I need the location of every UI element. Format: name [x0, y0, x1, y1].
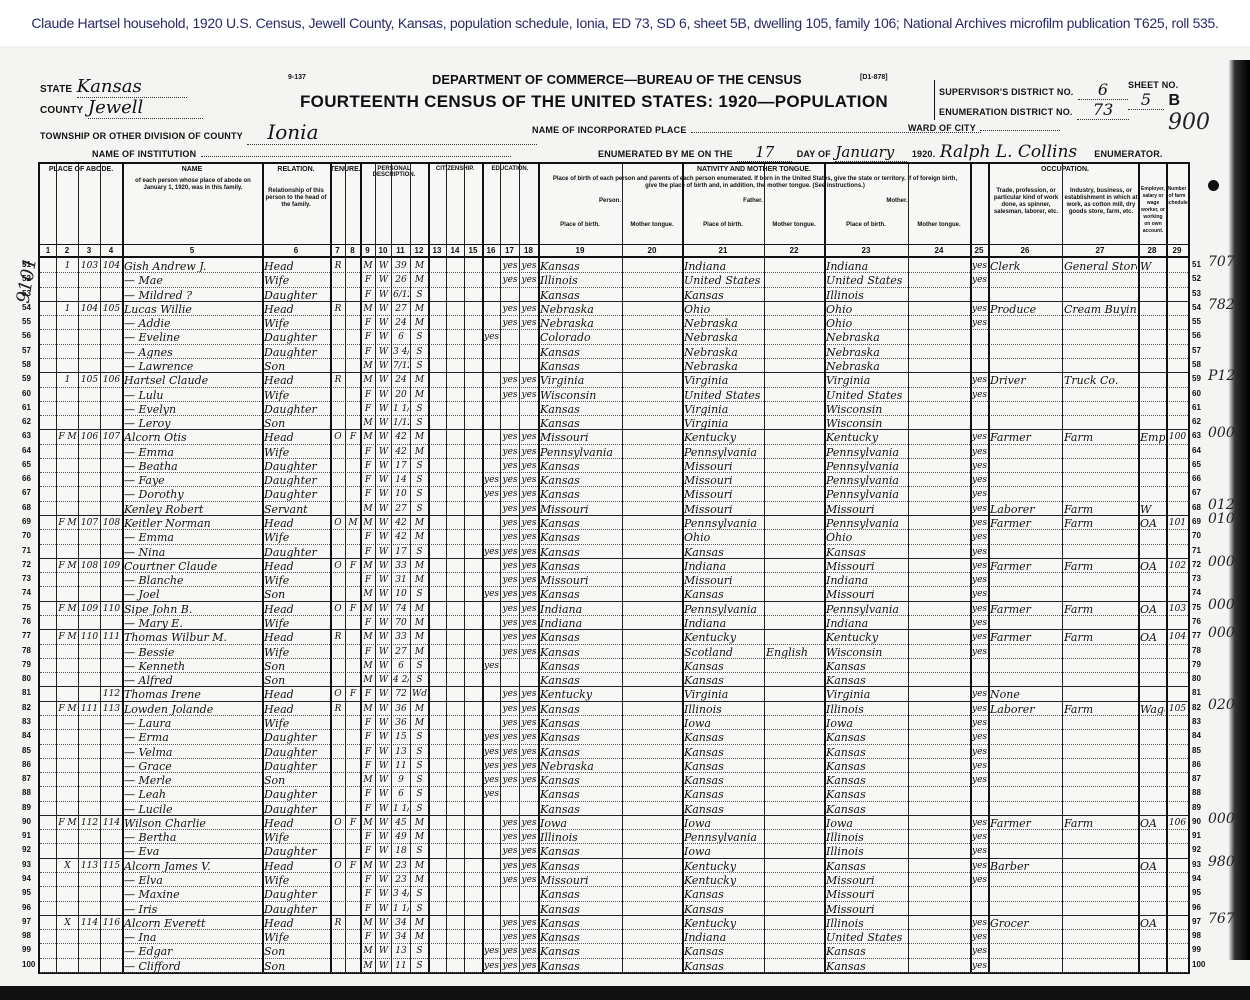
- table-row: — EvelineDaughterFW6SyesColoradoNebraska…: [40, 329, 1188, 344]
- cell-mortgage: F: [347, 601, 359, 615]
- cell-marital: M: [412, 601, 427, 615]
- cell-english: yes: [972, 387, 987, 401]
- cell-industry: Farm: [1064, 515, 1137, 529]
- cell-age: 10: [393, 486, 409, 500]
- cell-sex: M: [362, 372, 374, 386]
- cell-relation: Head: [264, 515, 329, 529]
- cell-dwelling: 108: [80, 558, 99, 572]
- cell-age: 11: [393, 958, 409, 972]
- cell-race: W: [377, 344, 390, 358]
- cell-abode: 1: [58, 301, 77, 315]
- cell-abode: X: [58, 858, 77, 872]
- cell-age: 6/12: [393, 287, 409, 301]
- cell-dwelling: 114: [80, 915, 99, 929]
- cell-marital: S: [412, 401, 427, 415]
- cell-name: — Bertha: [124, 829, 261, 843]
- cell-read: yes: [502, 501, 518, 515]
- cell-name: — Alfred: [124, 672, 261, 686]
- cell-marital: S: [412, 958, 427, 972]
- cell-english: yes: [972, 501, 987, 515]
- cell-english: yes: [972, 943, 987, 957]
- cell-english: yes: [972, 515, 987, 529]
- cell-sex: F: [362, 829, 374, 843]
- cell-write: yes: [521, 744, 537, 758]
- cell-pob: Kansas: [540, 943, 621, 957]
- line-number: 63: [1192, 431, 1201, 440]
- cell-marital: M: [412, 815, 427, 829]
- line-number: 91: [22, 831, 31, 840]
- cell-industry: Farm: [1064, 429, 1137, 443]
- cell-tenure: R: [332, 701, 344, 715]
- cell-m_pob: Missouri: [826, 872, 907, 886]
- cell-f_pob: United States: [684, 387, 763, 401]
- cell-marital: S: [412, 758, 427, 772]
- cell-pob: Kansas: [540, 715, 621, 729]
- cell-m_pob: Iowa: [826, 815, 907, 829]
- cell-m_pob: Pennsylvania: [826, 444, 907, 458]
- cell-abode: X: [58, 915, 77, 929]
- cell-relation: Head: [264, 915, 329, 929]
- cell-write: yes: [521, 486, 537, 500]
- table-row: — ElvaWifeFW23MyesyesMissouriKentuckyMis…: [40, 872, 1188, 887]
- cell-age: 72: [393, 686, 409, 700]
- cell-m_pob: Illinois: [826, 701, 907, 715]
- township-value: Ionia: [247, 120, 537, 145]
- cell-family: 104: [102, 258, 121, 272]
- margin-code: 020: [1208, 697, 1235, 713]
- cell-f_pob: Kansas: [684, 886, 763, 900]
- table-row: — EmmaWifeFW42MyesyesKansasOhioOhioyes: [40, 529, 1188, 544]
- cell-read: yes: [502, 615, 518, 629]
- cell-pob: Kansas: [540, 915, 621, 929]
- cell-industry: Farm: [1064, 815, 1137, 829]
- line-number: 81: [1192, 688, 1201, 697]
- line-number: 88: [1192, 788, 1201, 797]
- line-number: 79: [1192, 660, 1201, 669]
- enumerator-name: Ralph L. Collins: [940, 142, 1090, 163]
- cell-age: 20: [393, 387, 409, 401]
- cell-sex: M: [362, 629, 374, 643]
- cell-marital: M: [412, 829, 427, 843]
- cell-age: 1 1/12: [393, 901, 409, 915]
- cell-race: W: [377, 287, 390, 301]
- cell-marital: S: [412, 801, 427, 815]
- table-row: — Mary E.WifeFW70MyesyesIndianaIndianaIn…: [40, 615, 1188, 630]
- cell-f_pob: Iowa: [684, 815, 763, 829]
- cell-m_pob: Illinois: [826, 843, 907, 857]
- cell-english: yes: [972, 272, 987, 286]
- cell-race: W: [377, 744, 390, 758]
- cell-relation: Daughter: [264, 758, 329, 772]
- cell-read: yes: [502, 258, 518, 272]
- cell-write: yes: [521, 529, 537, 543]
- cell-marital: M: [412, 429, 427, 443]
- cell-age: 23: [393, 858, 409, 872]
- line-number: 54: [1192, 303, 1201, 312]
- cell-pob: Colorado: [540, 329, 621, 343]
- cell-marital: S: [412, 329, 427, 343]
- microfilm-bottom-edge: [0, 986, 1250, 1000]
- margin-code: 782: [1208, 297, 1235, 313]
- cell-f_pob: Kentucky: [684, 858, 763, 872]
- cell-marital: S: [412, 472, 427, 486]
- cell-read: yes: [502, 943, 518, 957]
- cell-sex: F: [362, 901, 374, 915]
- table-row: F M108109Courtner ClaudeHeadOFMW33Myesye…: [40, 558, 1188, 573]
- cell-class: OA: [1140, 915, 1165, 929]
- cell-dwelling: 107: [80, 515, 99, 529]
- cell-race: W: [377, 472, 390, 486]
- line-number: 96: [1192, 903, 1201, 912]
- sheet-block: Sheet No. 5 B: [1128, 80, 1180, 110]
- cell-read: yes: [502, 301, 518, 315]
- cell-f_pob: Virginia: [684, 686, 763, 700]
- cell-english: yes: [972, 858, 987, 872]
- cell-race: W: [377, 644, 390, 658]
- cell-relation: Head: [264, 815, 329, 829]
- cell-age: 23: [393, 872, 409, 886]
- cell-f_pob: Virginia: [684, 372, 763, 386]
- cell-write: yes: [521, 301, 537, 315]
- cell-read: yes: [502, 529, 518, 543]
- cell-relation: Daughter: [264, 287, 329, 301]
- table-row: F M109110Sipe John B.HeadOFMW74MyesyesIn…: [40, 601, 1188, 616]
- cell-english: yes: [972, 772, 987, 786]
- cell-sex: F: [362, 315, 374, 329]
- cell-abode: F M: [58, 701, 77, 715]
- cell-dwelling: 110: [80, 629, 99, 643]
- cell-sex: F: [362, 615, 374, 629]
- line-number: 81: [22, 688, 31, 697]
- cell-relation: Wife: [264, 572, 329, 586]
- cell-family: 106: [102, 372, 121, 386]
- line-number: 66: [1192, 474, 1201, 483]
- column-numbers: 1234567891011121314151617181920212223242…: [40, 244, 1188, 255]
- cell-pob: Kansas: [540, 901, 621, 915]
- county-value: Jewell: [88, 97, 203, 119]
- line-number: 55: [1192, 317, 1201, 326]
- cell-tenure: R: [332, 372, 344, 386]
- table-row: — EdgarSonMW13SyesyesyesKansasKansasKans…: [40, 943, 1188, 958]
- cell-age: 9: [393, 772, 409, 786]
- cell-industry: Farm: [1064, 601, 1137, 615]
- line-number: 80: [22, 674, 31, 683]
- cell-english: yes: [972, 615, 987, 629]
- line-number: 76: [1192, 617, 1201, 626]
- cell-marital: M: [412, 515, 427, 529]
- cell-f_pob: Missouri: [684, 501, 763, 515]
- table-row: — MaxineDaughterFW3 4/12SKansasKansasMis…: [40, 886, 1188, 901]
- cell-english: yes: [972, 529, 987, 543]
- cell-tenure: O: [332, 815, 344, 829]
- cell-age: 39: [393, 258, 409, 272]
- cell-write: yes: [521, 258, 537, 272]
- cell-marital: S: [412, 358, 427, 372]
- cell-f_pob: Iowa: [684, 843, 763, 857]
- cell-race: W: [377, 615, 390, 629]
- cell-race: W: [377, 358, 390, 372]
- cell-relation: Daughter: [264, 744, 329, 758]
- cell-dwelling: 111: [80, 701, 99, 715]
- line-number: 100: [22, 960, 35, 969]
- cell-farm: 101: [1168, 515, 1187, 529]
- cell-age: 42: [393, 529, 409, 543]
- table-row: — MaeWifeFW26MyesyesIllinoisUnited State…: [40, 272, 1188, 287]
- cell-race: W: [377, 729, 390, 743]
- cell-read: yes: [502, 372, 518, 386]
- cell-name: Alcorn Otis: [124, 429, 261, 443]
- line-number: 62: [22, 417, 31, 426]
- cell-read: yes: [502, 544, 518, 558]
- cell-sex: M: [362, 586, 374, 600]
- sheet-number: 5: [1128, 90, 1164, 110]
- cell-pob: Kansas: [540, 701, 621, 715]
- cell-english: yes: [972, 315, 987, 329]
- cell-tenure: O: [332, 429, 344, 443]
- cell-relation: Daughter: [264, 329, 329, 343]
- margin-code: 707: [1208, 254, 1235, 270]
- form-number: 9-137: [288, 74, 306, 81]
- cell-tenure: R: [332, 301, 344, 315]
- cell-m_pob: United States: [826, 272, 907, 286]
- cell-pob: Iowa: [540, 815, 621, 829]
- cell-m_pob: Kansas: [826, 786, 907, 800]
- cell-english: yes: [972, 601, 987, 615]
- cell-marital: S: [412, 544, 427, 558]
- cell-m_pob: Kansas: [826, 672, 907, 686]
- cell-read: yes: [502, 644, 518, 658]
- cell-school: yes: [484, 329, 499, 343]
- cell-name: — Bessie: [124, 644, 261, 658]
- cell-f_pob: Indiana: [684, 258, 763, 272]
- cell-class: OA: [1140, 515, 1165, 529]
- cell-age: 1/12: [393, 415, 409, 429]
- cell-race: W: [377, 686, 390, 700]
- cell-race: W: [377, 629, 390, 643]
- cell-read: yes: [502, 472, 518, 486]
- cell-industry: Truck Co.: [1064, 372, 1137, 386]
- cell-race: W: [377, 444, 390, 458]
- cell-marital: S: [412, 586, 427, 600]
- cell-pob: Kansas: [540, 644, 621, 658]
- cell-name: — Leah: [124, 786, 261, 800]
- line-number: 92: [1192, 845, 1201, 854]
- cell-race: W: [377, 701, 390, 715]
- cell-sex: F: [362, 715, 374, 729]
- table-row: F M107108Keitler NormanHeadOMMW42Myesyes…: [40, 515, 1188, 530]
- cell-write: yes: [521, 458, 537, 472]
- cell-marital: M: [412, 572, 427, 586]
- cell-f_pob: Indiana: [684, 615, 763, 629]
- cell-race: W: [377, 272, 390, 286]
- cell-pob: Kansas: [540, 544, 621, 558]
- cell-sex: F: [362, 529, 374, 543]
- cell-tenure: O: [332, 858, 344, 872]
- cell-race: W: [377, 315, 390, 329]
- table-row: — InaWifeFW34MyesyesKansasIndianaUnited …: [40, 929, 1188, 944]
- cell-relation: Daughter: [264, 901, 329, 915]
- line-number: 68: [1192, 503, 1201, 512]
- table-row: Kenley RobertServantMW27SyesyesMissouriM…: [40, 501, 1188, 516]
- cell-f_tongue: English: [766, 644, 823, 658]
- cell-write: yes: [521, 772, 537, 786]
- cell-marital: M: [412, 529, 427, 543]
- cell-race: W: [377, 958, 390, 972]
- enumerated-day: 17: [737, 143, 792, 162]
- cell-pob: Kansas: [540, 258, 621, 272]
- line-number: 53: [22, 289, 31, 298]
- cell-marital: S: [412, 729, 427, 743]
- cell-school: yes: [484, 744, 499, 758]
- cell-read: yes: [502, 429, 518, 443]
- line-number: 78: [1192, 646, 1201, 655]
- cell-name: Thomas Wilbur M.: [124, 629, 261, 643]
- cell-industry: General Store: [1064, 258, 1137, 272]
- cell-f_pob: Iowa: [684, 715, 763, 729]
- cell-relation: Daughter: [264, 886, 329, 900]
- cell-pob: Kansas: [540, 672, 621, 686]
- cell-relation: Son: [264, 586, 329, 600]
- cell-age: 1 1/12: [393, 801, 409, 815]
- cell-f_pob: Scotland: [684, 644, 763, 658]
- cell-tenure: R: [332, 258, 344, 272]
- cell-tenure: O: [332, 515, 344, 529]
- table-row: F M111113Lowden JolandeHeadRMW36MyesyesK…: [40, 701, 1188, 716]
- cell-relation: Head: [264, 301, 329, 315]
- cell-relation: Daughter: [264, 843, 329, 857]
- line-number: 57: [1192, 346, 1201, 355]
- cell-english: yes: [972, 729, 987, 743]
- cell-write: yes: [521, 715, 537, 729]
- cell-pob: Kansas: [540, 772, 621, 786]
- cell-english: yes: [972, 301, 987, 315]
- cell-english: yes: [972, 572, 987, 586]
- line-number: 52: [1192, 274, 1201, 283]
- cell-school: yes: [484, 729, 499, 743]
- cell-race: W: [377, 558, 390, 572]
- table-row: X114116Alcorn EverettHeadRMW34MyesyesKan…: [40, 915, 1188, 930]
- line-number: 54: [22, 303, 31, 312]
- line-number: 99: [22, 945, 31, 954]
- cell-f_pob: Kansas: [684, 287, 763, 301]
- cell-m_pob: Missouri: [826, 886, 907, 900]
- line-number: 57: [22, 346, 31, 355]
- table-header: Place of abode. Name of each person whos…: [40, 164, 1188, 258]
- cell-pob: Kansas: [540, 629, 621, 643]
- cell-tenure: O: [332, 601, 344, 615]
- cell-english: yes: [972, 872, 987, 886]
- cell-english: yes: [972, 815, 987, 829]
- cell-marital: S: [412, 344, 427, 358]
- table-row: 1104105Lucas WillieHeadRMW27MyesyesNebra…: [40, 301, 1188, 316]
- enumerated-month: January: [835, 143, 907, 162]
- cell-relation: Son: [264, 672, 329, 686]
- table-row: — LuluWifeFW20MyesyesWisconsinUnited Sta…: [40, 387, 1188, 402]
- cell-mortgage: F: [347, 429, 359, 443]
- cell-read: yes: [502, 629, 518, 643]
- cell-marital: S: [412, 744, 427, 758]
- cell-abode: F M: [58, 815, 77, 829]
- cell-tenure: O: [332, 686, 344, 700]
- punch-hole-mark: [1208, 180, 1219, 191]
- margin-code: 000: [1208, 425, 1235, 441]
- cell-school: yes: [484, 958, 499, 972]
- table-row: 1103104Gish Andrew J.HeadRMW39MyesyesKan…: [40, 258, 1188, 273]
- cell-read: yes: [502, 958, 518, 972]
- cell-m_pob: Pennsylvania: [826, 472, 907, 486]
- cell-tenure: R: [332, 629, 344, 643]
- cell-write: yes: [521, 629, 537, 643]
- cell-m_pob: Missouri: [826, 901, 907, 915]
- cell-relation: Son: [264, 658, 329, 672]
- cell-write: yes: [521, 272, 537, 286]
- cell-read: yes: [502, 744, 518, 758]
- state-value: Kansas: [77, 76, 187, 98]
- cell-class: Emp: [1140, 429, 1165, 443]
- cell-read: yes: [502, 458, 518, 472]
- cell-english: yes: [972, 758, 987, 772]
- cell-dwelling: 104: [80, 301, 99, 315]
- cell-read: yes: [502, 586, 518, 600]
- cell-sex: M: [362, 658, 374, 672]
- line-number: 77: [22, 631, 31, 640]
- cell-sex: F: [362, 344, 374, 358]
- cell-farm: 106: [1168, 815, 1187, 829]
- cell-f_pob: Ohio: [684, 529, 763, 543]
- cell-industry: Farm: [1064, 501, 1137, 515]
- cell-f_pob: Kansas: [684, 729, 763, 743]
- table-row: — ErmaDaughterFW15SyesyesyesKansasKansas…: [40, 729, 1188, 744]
- line-number: 74: [22, 588, 31, 597]
- cell-race: W: [377, 429, 390, 443]
- cell-pob: Kansas: [540, 415, 621, 429]
- line-number: 83: [1192, 717, 1201, 726]
- line-number: 97: [1192, 917, 1201, 926]
- cell-f_pob: Kansas: [684, 901, 763, 915]
- cell-school: yes: [484, 586, 499, 600]
- table-row: — EmmaWifeFW42MyesyesPennsylvaniaPennsyl…: [40, 444, 1188, 459]
- line-number: 84: [22, 731, 31, 740]
- cell-abode: 1: [58, 372, 77, 386]
- cell-f_pob: Missouri: [684, 458, 763, 472]
- cell-pob: Kansas: [540, 658, 621, 672]
- cell-pob: Kansas: [540, 858, 621, 872]
- cell-read: yes: [502, 701, 518, 715]
- cell-f_pob: Kansas: [684, 586, 763, 600]
- cell-sex: F: [362, 444, 374, 458]
- cell-sex: F: [362, 801, 374, 815]
- cell-name: — Laura: [124, 715, 261, 729]
- cell-write: yes: [521, 372, 537, 386]
- line-number: 63: [22, 431, 31, 440]
- cell-marital: M: [412, 701, 427, 715]
- cell-industry: Farm: [1064, 558, 1137, 572]
- table-row: — EvelynDaughterFW1 1/12SKansasVirginiaW…: [40, 401, 1188, 416]
- table-row: — LauraWifeFW36MyesyesKansasIowaIowayes: [40, 715, 1188, 730]
- table-row: F M106107Alcorn OtisHeadOFMW42MyesyesMis…: [40, 429, 1188, 444]
- cell-school: yes: [484, 786, 499, 800]
- cell-farm: 100: [1168, 429, 1187, 443]
- cell-write: yes: [521, 958, 537, 972]
- cell-m_pob: Kansas: [826, 658, 907, 672]
- cell-read: yes: [502, 815, 518, 829]
- cell-marital: S: [412, 287, 427, 301]
- table-row: — DorothyDaughterFW10SyesyesyesKansasMis…: [40, 486, 1188, 501]
- cell-f_pob: Virginia: [684, 401, 763, 415]
- cell-m_pob: Pennsylvania: [826, 515, 907, 529]
- cell-sex: M: [362, 858, 374, 872]
- township-field: Township or other division of county Ion…: [40, 120, 537, 145]
